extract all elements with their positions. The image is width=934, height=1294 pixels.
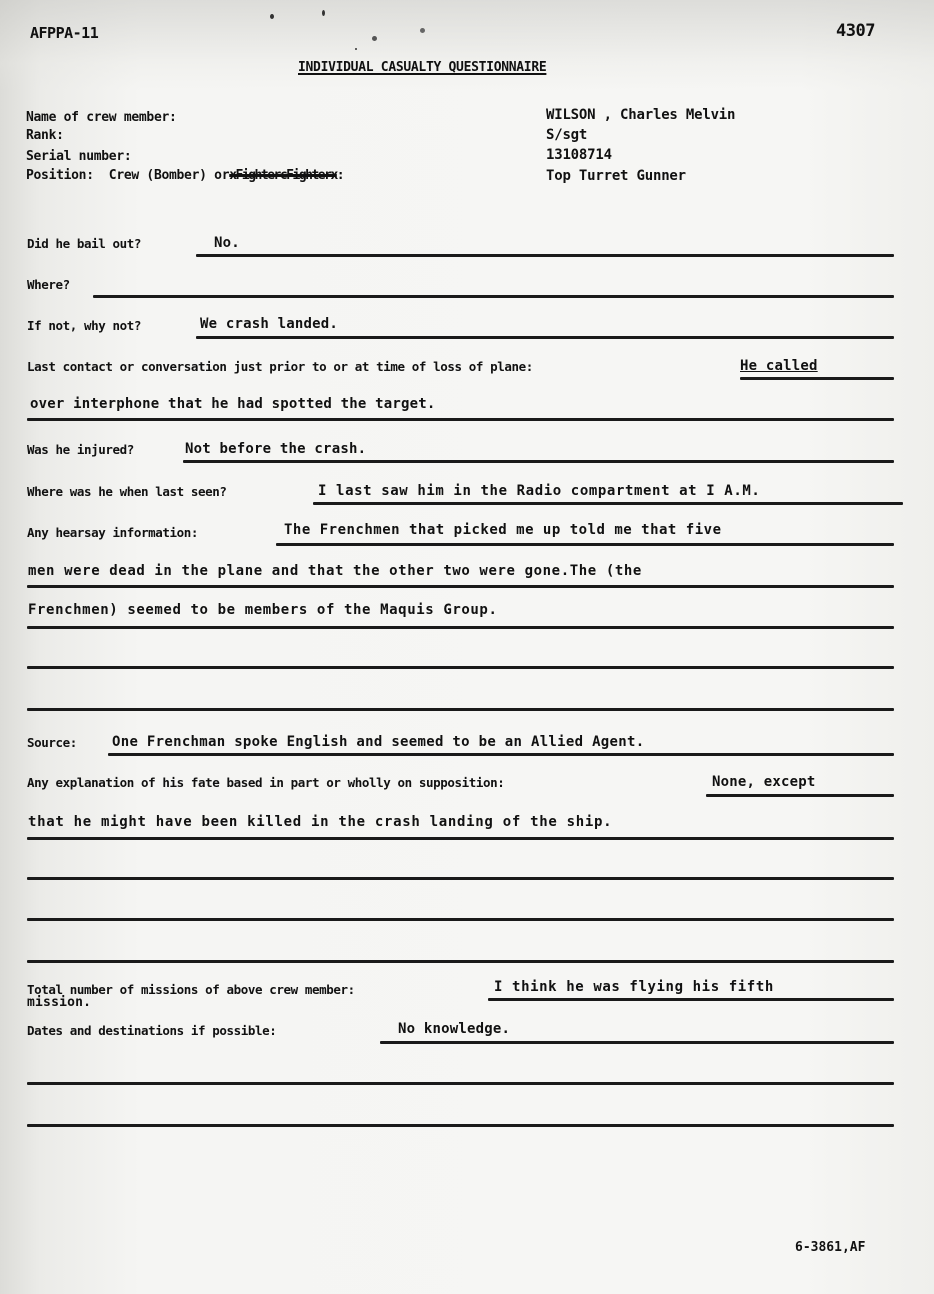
form-code: 6-3861,AF	[795, 1240, 865, 1255]
answer-line	[108, 753, 894, 756]
missions-answer-line1: I think he was flying his fifth	[494, 979, 774, 995]
name-label: Name of crew member:	[26, 110, 177, 125]
scan-speck	[322, 10, 325, 16]
explanation-answer-line1: None, except	[712, 774, 816, 790]
last-contact-answer-line2: over interphone that he had spotted the …	[30, 396, 436, 412]
blank-line	[27, 877, 894, 880]
position-label-prefix: Position: Crew (Bomber) or	[26, 168, 229, 183]
document-page: AFPPA-11 4307 INDIVIDUAL CASUALTY QUESTI…	[0, 0, 934, 1294]
answer-line	[276, 543, 894, 546]
position-label-struck: xFightercFighterx	[229, 168, 337, 183]
scan-speck	[355, 48, 357, 50]
why-not-answer: We crash landed.	[200, 316, 338, 332]
rank-label: Rank:	[26, 128, 64, 143]
bail-out-answer: No.	[214, 235, 240, 251]
document-title: INDIVIDUAL CASUALTY QUESTIONNAIRE	[298, 60, 546, 75]
hearsay-label: Any hearsay information:	[27, 525, 198, 540]
serial-value: 13108714	[546, 147, 612, 163]
last-contact-label: Last contact or conversation just prior …	[27, 359, 533, 374]
source-answer: One Frenchman spoke English and seemed t…	[112, 734, 644, 750]
dates-label: Dates and destinations if possible:	[27, 1023, 276, 1038]
answer-line	[196, 336, 894, 339]
position-label: Position: Crew (Bomber) orxFightercFight…	[26, 168, 344, 183]
answer-line	[27, 418, 894, 421]
answer-line	[380, 1041, 894, 1044]
scan-shading	[0, 0, 934, 90]
serial-label: Serial number:	[26, 149, 131, 164]
position-value: Top Turret Gunner	[546, 168, 686, 184]
answer-line	[488, 998, 894, 1001]
answer-line	[93, 295, 894, 298]
missions-answer-line2: mission.	[27, 995, 91, 1010]
blank-line	[27, 1124, 894, 1127]
answer-line	[196, 254, 894, 257]
scan-speck	[270, 14, 274, 19]
blank-line	[27, 960, 894, 963]
hearsay-answer-line1: The Frenchmen that picked me up told me …	[284, 522, 722, 538]
explanation-answer-line2: that he might have been killed in the cr…	[28, 814, 612, 830]
page-number: 4307	[836, 21, 875, 41]
form-id: AFPPA-11	[30, 24, 98, 42]
hearsay-answer-line2: men were dead in the plane and that the …	[28, 563, 642, 579]
blank-line	[27, 666, 894, 669]
explanation-label: Any explanation of his fate based in par…	[27, 775, 504, 790]
answer-line	[183, 460, 894, 463]
answer-line	[27, 585, 894, 588]
answer-line	[706, 794, 894, 797]
scan-speck	[372, 36, 377, 41]
rank-value: S/sgt	[546, 127, 587, 143]
bail-out-label: Did he bail out?	[27, 236, 141, 251]
last-contact-answer-line1: He called	[740, 358, 818, 374]
position-label-suffix: :	[337, 168, 345, 183]
blank-line	[27, 708, 894, 711]
answer-line	[740, 377, 894, 380]
scan-speck	[420, 28, 425, 33]
dates-answer: No knowledge.	[398, 1021, 510, 1037]
hearsay-answer-line3: Frenchmen) seemed to be members of the M…	[28, 602, 498, 618]
where-label: Where?	[27, 277, 70, 292]
answer-line	[27, 837, 894, 840]
injured-label: Was he injured?	[27, 442, 134, 457]
injured-answer: Not before the crash.	[185, 441, 366, 457]
source-label: Source:	[27, 735, 77, 750]
answer-line	[27, 626, 894, 629]
blank-line	[27, 1082, 894, 1085]
blank-line	[27, 918, 894, 921]
answer-line	[313, 502, 903, 505]
last-seen-label: Where was he when last seen?	[27, 484, 227, 499]
why-not-label: If not, why not?	[27, 318, 141, 333]
last-seen-answer: I last saw him in the Radio compartment …	[318, 483, 760, 499]
name-value: WILSON , Charles Melvin	[546, 107, 735, 123]
